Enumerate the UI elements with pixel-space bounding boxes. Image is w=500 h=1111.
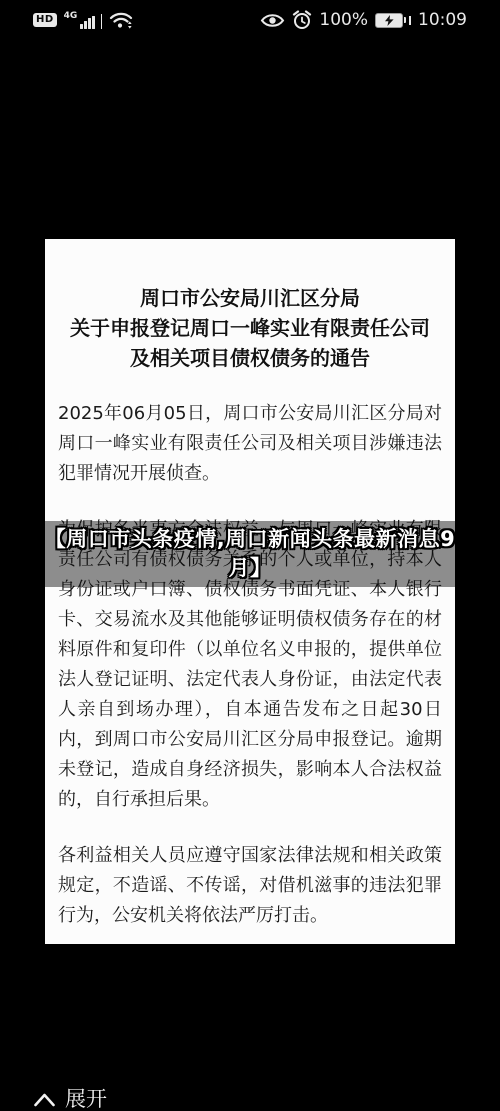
notice-paragraph-3: 各利益相关人员应遵守国家法律法规和相关政策规定，不造谣、不传谣，对借机滋事的违法…	[58, 841, 442, 931]
chevron-up-icon	[33, 1092, 56, 1107]
wifi-icon	[109, 11, 133, 30]
notice-title: 周口市公安局川汇区分局 关于申报登记周口一峰实业有限责任公司 及相关项目债权债务…	[58, 283, 442, 373]
alarm-icon	[292, 10, 312, 30]
eye-comfort-icon	[260, 12, 285, 29]
expand-button[interactable]: 展开	[33, 1087, 107, 1111]
notice-title-line-2: 关于申报登记周口一峰实业有限责任公司	[58, 313, 442, 343]
signal-bars-icon	[80, 16, 95, 29]
lightning-bolt-icon	[384, 15, 395, 26]
phone-screen: HD 4G	[0, 0, 500, 1111]
sim-divider	[101, 14, 103, 29]
clock-label: 10:09	[418, 12, 467, 29]
network-type-label: 4G	[64, 12, 78, 21]
notice-title-line-3: 及相关项目债权债务的通告	[58, 343, 442, 373]
hd-badge: HD	[33, 13, 57, 27]
expand-label: 展开	[65, 1087, 107, 1111]
caption-text: 【周口市头条疫情,周口新闻头条最新消息9月】	[40, 525, 460, 583]
cellular-signal-icon: 4G	[64, 12, 103, 29]
battery-charging-icon	[375, 13, 411, 28]
notice-paragraph-1: 2025年06月05日，周口市公安局川汇区分局对周口一峰实业有限责任公司及相关项…	[58, 399, 442, 489]
notice-title-line-1: 周口市公安局川汇区分局	[58, 283, 442, 313]
battery-percent-label: 100%	[319, 12, 368, 29]
caption-overlay: 【周口市头条疫情,周口新闻头条最新消息9月】	[0, 521, 500, 587]
bottom-bar: 展开	[0, 1065, 500, 1111]
notice-document: 周口市公安局川汇区分局 关于申报登记周口一峰实业有限责任公司 及相关项目债权债务…	[45, 239, 455, 944]
status-left-group: HD 4G	[33, 11, 133, 30]
status-right-group: 100% 10:09	[260, 10, 467, 30]
status-bar: HD 4G	[0, 0, 500, 40]
